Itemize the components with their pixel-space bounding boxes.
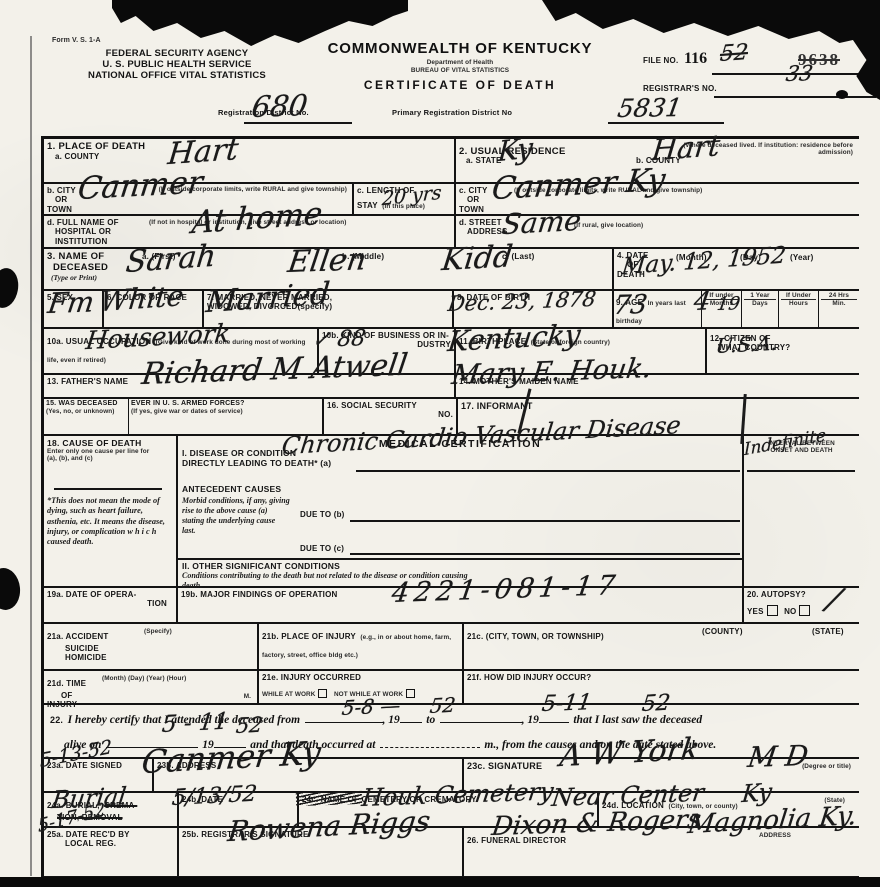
birthplace-note: (State or foreign country) <box>531 339 610 346</box>
race-label: 6. COLOR OR RACE <box>107 293 199 302</box>
time-of-injury-cols: (Month) (Day) (Year) (Hour) <box>102 675 186 682</box>
citizen-label-1: 12. CITIZEN OF <box>710 334 856 343</box>
armed-forces-left: 15. WAS DECEASED (Yes, no, or unknown) <box>44 399 129 434</box>
ink-blot-left-2 <box>0 566 22 611</box>
place-of-death-title: 1. PLACE OF DEATH <box>47 141 451 152</box>
age-days-cell: 1 Year Days <box>742 291 779 327</box>
street-note: (If rural, give location) <box>574 222 643 229</box>
age-24hrs-label: 24 Hrs <box>821 292 857 299</box>
interval-label-1: INTERVAL BETWEEN <box>747 440 856 447</box>
cell-medical-certification: MEDICAL CERTIFICATION I. DISEASE OR COND… <box>178 436 744 586</box>
armed-forces-note-1: (Yes, no, or unknown) <box>46 408 126 415</box>
armed-forces-note-2: (If yes, give war or dates of service) <box>131 408 320 415</box>
cell-signature: 23c. SIGNATURE (Degree or title) <box>464 759 859 791</box>
residence-county-label: b. COUNTY <box>636 156 681 165</box>
county-label: a. COUNTY <box>55 152 451 161</box>
cause-note: Enter only one cause per line for (a), (… <box>47 448 157 463</box>
agency-line-3: NATIONAL OFFICE VITAL STATISTICS <box>52 70 302 81</box>
due-to-b-label: DUE TO (b) <box>300 510 345 519</box>
certification-text-1: I hereby certify that I attended the dec… <box>68 714 301 726</box>
cell-cemetery: 24c. NAME OF CEMETERY OR CREMATORY <box>299 793 599 826</box>
ink-blot-left-1 <box>0 266 21 310</box>
deceased-title-note: (Type or Print) <box>51 273 609 282</box>
residence-city-note: (If outside corporate limits, write RURA… <box>514 187 784 194</box>
cell-name-of-deceased: 3. NAME OF DECEASED (Type or Print) a. (… <box>44 249 614 289</box>
cell-date-of-death: 4. DATE OF DEATH (Month) (Day) (Year) <box>614 249 859 289</box>
usual-residence-note: (Where deceased lived. If institution: r… <box>681 142 853 157</box>
autopsy-label: 20. AUTOPSY? <box>747 590 856 599</box>
file-no-printed: 116 <box>684 50 707 68</box>
certification-line-1: 22. I hereby certify that I attended the… <box>50 710 853 728</box>
location-state-note: (State) <box>824 797 845 804</box>
burial-label-2: TION, REMOVAL <box>57 813 174 822</box>
cell-date-received: 25a. DATE REC'D BY LOCAL REG. <box>44 828 179 876</box>
page-edge-line <box>30 36 32 876</box>
cell-cemetery-location: 24d. LOCATION (City, town, or county) (S… <box>599 793 859 826</box>
cell-place-of-injury: 21b. PLACE OF INJURY (e.g., in or about … <box>259 624 464 669</box>
certify-year3-line <box>214 737 246 748</box>
marital-label-2: WIDOWED, DIVORCED(specify) <box>207 302 449 311</box>
cell-registrar-signature: 25b. REGISTRAR'S SIGNATURE <box>179 828 464 876</box>
sex-label: 5. SEX <box>47 293 99 302</box>
cell-signer-address: 23b. ADDRESS <box>154 759 464 791</box>
age-under1-label: If under <box>704 292 739 299</box>
funeral-address-label: ADDRESS <box>759 832 791 839</box>
death-year-label: (Year) <box>790 253 813 262</box>
armed-forces-label-2: EVER IN U. S. ARMED FORCES? <box>131 400 320 408</box>
street-label-1: d. STREET <box>459 218 856 227</box>
ink-blot-top-right <box>836 90 848 99</box>
cell-ssn: 16. SOCIAL SECURITY NO. <box>324 399 458 434</box>
death-date-title-3: DEATH <box>617 270 856 279</box>
degree-note: (Degree or title) <box>802 763 851 770</box>
funeral-director-label: 26. FUNERAL DIRECTOR <box>467 836 566 845</box>
burial-label-crema: CREMA- <box>104 801 137 810</box>
cell-birthplace: 11. BIRTHPLACE (State or foreign country… <box>456 329 707 373</box>
operation-date-label-2: TION <box>47 599 173 608</box>
industry-label-1: 10b. KIND OF BUSINESS OR IN- <box>322 331 451 340</box>
certification-text-6: m., from the causes and on the date stat… <box>484 739 716 751</box>
row-2: b. CITY OR TOWN (If outside corporate li… <box>44 184 859 216</box>
cell-citizen: 12. CITIZEN OF WHAT COUNTRY? <box>707 329 859 373</box>
cell-operation-findings: 19b. MAJOR FINDINGS OF OPERATION <box>178 588 744 622</box>
cell-informant: 17. INFORMANT <box>458 399 859 434</box>
age-months-cell: If under Months <box>702 291 742 327</box>
row-5: 5. SEX 6. COLOR OR RACE 7. MARRIED, NEVE… <box>44 291 859 329</box>
state-title: COMMONWEALTH OF KENTUCKY <box>300 40 620 57</box>
cell-injury-location: 21c. (CITY, TOWN, OR TOWNSHIP) (COUNTY) … <box>464 624 859 669</box>
antecedent-title: ANTECEDENT CAUSES <box>182 484 281 494</box>
interval-label-2: ONSET AND DEATH <box>747 447 856 454</box>
age-min-cell: 24 Hrs Min. <box>819 291 859 327</box>
cell-residence-city: c. CITY OR TOWN (If outside corporate li… <box>456 184 859 214</box>
residence-city-label-2: OR <box>467 195 856 204</box>
location-label: 24d. LOCATION <box>602 801 664 810</box>
row-4: 3. NAME OF DECEASED (Type or Print) a. (… <box>44 249 859 291</box>
cell-burial-date: 24b. DATE <box>179 793 299 826</box>
certification-19-c: 19 <box>202 739 214 751</box>
cell-cause-of-death: 18. CAUSE OF DEATH Enter only one cause … <box>44 436 178 586</box>
certification-line-2: alive on 19 and that death occurred at m… <box>64 735 853 753</box>
accident-label: 21a. ACCIDENT <box>47 632 108 641</box>
cell-occupation: 10a. USUAL OCCUPATION (Give kind of work… <box>44 329 319 373</box>
operation-date-label-1: 19a. DATE OF OPERA- <box>47 590 173 599</box>
time-of-injury-m: M. <box>244 693 251 700</box>
cell-marital: 7. MARRIED, NEVER MARRIED, WIDOWED, DIVO… <box>204 291 454 327</box>
form-code: Form V. S. 1-A <box>52 37 101 45</box>
homicide-label: HOMICIDE <box>65 653 254 662</box>
cell-usual-residence: 2. USUAL RESIDENCE (Where deceased lived… <box>456 139 859 182</box>
suicide-label: SUICIDE <box>65 644 254 653</box>
autopsy-yes-checkbox <box>767 605 778 616</box>
while-at-work-checkbox <box>318 689 327 698</box>
certification-number: 22. <box>50 715 63 725</box>
certification-text-3: that I last saw the deceased <box>573 714 702 726</box>
certification-text-5: and that death occurred at <box>250 739 375 751</box>
row-16: 25a. DATE REC'D BY LOCAL REG. 25b. REGIS… <box>44 828 859 878</box>
cell-hospital: d. FULL NAME OF HOSPITAL OR INSTITUTION … <box>44 216 456 247</box>
signature-label: 23c. SIGNATURE <box>467 761 856 772</box>
city-note: (If outside corporate limits, write RURA… <box>92 186 347 193</box>
age-under24-label: If Under <box>781 292 816 299</box>
age-years-cell: 9. AGE In years last birthday <box>614 291 702 327</box>
ssn-label-1: 16. SOCIAL SECURITY <box>327 401 453 410</box>
cell-father: 13. FATHER'S NAME <box>44 375 456 397</box>
row-12: 21d. TIME (Month) (Day) (Year) (Hour) OF… <box>44 671 859 705</box>
cause-footnote: *This does not mean the mode of dying, s… <box>47 496 171 548</box>
stay-note: (in this place) <box>382 203 425 210</box>
cell-autopsy: 20. AUTOPSY? YES NO <box>744 588 859 622</box>
ssn-label-2: NO. <box>327 410 453 419</box>
birthplace-label: 11. BIRTHPLACE <box>459 337 526 346</box>
stay-label-2: STAY <box>357 201 378 210</box>
certificate-form: 1. PLACE OF DEATH a. COUNTY 2. USUAL RES… <box>41 136 859 878</box>
death-date-title-1: 4. DATE <box>617 251 856 260</box>
deceased-title-2: DECEASED <box>53 262 609 273</box>
cell-race: 6. COLOR OR RACE <box>104 291 204 327</box>
city-label-3: TOWN <box>47 205 349 214</box>
how-injury-occurred-label: 21f. HOW DID INJURY OCCUR? <box>467 673 856 682</box>
row-8: 15. WAS DECEASED (Yes, no, or unknown) E… <box>44 399 859 436</box>
file-no-label: FILE NO. <box>643 56 678 65</box>
certify-year1-line <box>400 712 422 723</box>
cell-industry: 10b. KIND OF BUSINESS OR IN- DUSTRY <box>319 329 456 373</box>
injury-occurred-label: 21e. INJURY OCCURRED <box>262 673 459 682</box>
place-of-injury-label: 21b. PLACE OF INJURY <box>262 632 356 641</box>
informant-label: 17. INFORMANT <box>461 401 856 412</box>
disease-write-line <box>356 470 740 472</box>
age-days-label: Days <box>744 299 776 307</box>
operation-findings-label: 19b. MAJOR FINDINGS OF OPERATION <box>181 590 739 599</box>
armed-forces-right: EVER IN U. S. ARMED FORCES? (If yes, giv… <box>129 399 322 434</box>
agency-line-2: U. S. PUBLIC HEALTH SERVICE <box>52 59 302 70</box>
dept-line-1: Department of Health <box>300 59 620 66</box>
time-of-injury-label-2: OF <box>61 691 254 700</box>
certify-alive-line <box>106 737 198 748</box>
injury-city-label: 21c. (CITY, TOWN, OR TOWNSHIP) <box>467 632 604 641</box>
disease-label-1: I. DISEASE OR CONDITION <box>182 448 296 458</box>
first-name-label: a. (First) <box>142 252 176 261</box>
certification-19-a: , 19 <box>383 714 400 726</box>
section-ii-divider <box>178 558 742 560</box>
burial-label-1: 24a. BURIAL, <box>47 801 100 810</box>
industry-label-2: DUSTRY <box>322 340 451 349</box>
due-to-c-line <box>350 553 740 555</box>
accident-note: (Specify) <box>144 628 172 635</box>
cell-place-of-death: 1. PLACE OF DEATH a. COUNTY <box>44 139 456 182</box>
antecedent-note: Morbid conditions, if any, giving rise t… <box>182 496 290 536</box>
primary-district-value: 5831 <box>616 95 684 121</box>
time-of-injury-label-1: 21d. TIME <box>47 679 86 688</box>
citizen-label-2: WHAT COUNTRY? <box>718 343 856 352</box>
death-day-label: (Day) <box>740 253 761 262</box>
marital-label-1: 7. MARRIED, NEVER MARRIED, <box>207 293 449 302</box>
city-label-2: OR <box>55 195 349 204</box>
age-1year-label: 1 Year <box>744 292 776 299</box>
cell-mother: 14. MOTHER'S MAIDEN NAME <box>456 375 859 397</box>
row-13: 22. I hereby certify that I attended the… <box>44 705 859 759</box>
agency-line-1: FEDERAL SECURITY AGENCY <box>52 48 302 59</box>
date-received-label-2: LOCAL REG. <box>65 839 174 848</box>
row-10: 19a. DATE OF OPERA- TION 19b. MAJOR FIND… <box>44 588 859 624</box>
death-certificate-scan: Form V. S. 1-A FEDERAL SECURITY AGENCY U… <box>0 0 880 887</box>
certificate-title: CERTIFICATE OF DEATH <box>300 78 620 92</box>
date-signed-label: 23a. DATE SIGNED <box>47 761 149 770</box>
not-while-at-work-label: NOT WHILE AT WORK <box>334 691 403 698</box>
file-no-written: 52 <box>719 42 749 66</box>
cell-armed-forces: 15. WAS DECEASED (Yes, no, or unknown) E… <box>44 399 324 434</box>
certification-alive-on: alive on <box>64 739 101 751</box>
cell-how-injury-occurred: 21f. HOW DID INJURY OCCUR? <box>464 671 859 703</box>
stay-label-1: c. LENGTH OF <box>357 186 451 195</box>
cell-operation-date: 19a. DATE OF OPERA- TION <box>44 588 178 622</box>
mother-label: 14. MOTHER'S MAIDEN NAME <box>459 377 856 386</box>
autopsy-no-checkbox <box>799 605 810 616</box>
row-14: 23a. DATE SIGNED 23b. ADDRESS 23c. SIGNA… <box>44 759 859 793</box>
while-at-work-label: WHILE AT WORK <box>262 691 315 698</box>
file-no-corrected: 33 <box>785 63 815 85</box>
other-conditions-title: II. OTHER SIGNIFICANT CONDITIONS <box>182 561 340 571</box>
cell-time-of-injury: 21d. TIME (Month) (Day) (Year) (Hour) OF… <box>44 671 259 703</box>
row-6: 10a. USUAL OCCUPATION (Give kind of work… <box>44 329 859 375</box>
not-while-at-work-checkbox <box>406 689 415 698</box>
burial-date-label: 24b. DATE <box>182 795 294 804</box>
cell-date-of-birth: 8. DATE OF BIRTH <box>454 291 614 327</box>
reg-district-value: 680 <box>250 91 309 122</box>
residence-state-label: a. STATE <box>466 156 502 165</box>
row-9: 18. CAUSE OF DEATH Enter only one cause … <box>44 436 859 588</box>
age-min-label: Min. <box>821 299 857 307</box>
certification-to: to <box>426 714 435 726</box>
cell-burial-type: 24a. BURIAL, CREMA- TION, REMOVAL <box>44 793 179 826</box>
interval-line <box>747 470 855 472</box>
due-to-c-label: DUE TO (c) <box>300 544 344 553</box>
cell-street-address: d. STREET ADDRESS (If rural, give locati… <box>456 216 859 247</box>
inst-label-3: INSTITUTION <box>55 237 451 246</box>
signer-address-label: 23b. ADDRESS <box>157 761 459 770</box>
row-7: 13. FATHER'S NAME 14. MOTHER'S MAIDEN NA… <box>44 375 859 399</box>
agency-block: FEDERAL SECURITY AGENCY U. S. PUBLIC HEA… <box>52 48 302 82</box>
inst-note: (If not in hospital or institution, give… <box>149 219 439 226</box>
cause-label: 18. CAUSE OF DEATH <box>47 438 173 448</box>
certification-19-b: , 19 <box>522 714 539 726</box>
row-3: d. FULL NAME OF HOSPITAL OR INSTITUTION … <box>44 216 859 249</box>
cell-interval: INTERVAL BETWEEN ONSET AND DEATH <box>744 436 859 586</box>
cell-age: 9. AGE In years last birthday If under M… <box>614 291 859 327</box>
registrar-signature-label: 25b. REGISTRAR'S SIGNATURE <box>182 830 459 839</box>
cell-funeral-director: 26. FUNERAL DIRECTOR ADDRESS <box>464 828 859 876</box>
row-1: 1. PLACE OF DEATH a. COUNTY 2. USUAL RES… <box>44 139 859 184</box>
cemetery-label: 24c. NAME OF CEMETERY OR CREMATORY <box>302 795 594 804</box>
row-15: 24a. BURIAL, CREMA- TION, REMOVAL 24b. D… <box>44 793 859 828</box>
street-label-2: ADDRESS <box>467 227 856 236</box>
inst-label-2: HOSPITAL OR <box>55 227 451 236</box>
certify-to-line <box>440 712 522 723</box>
injury-county-label: (COUNTY) <box>702 627 743 636</box>
date-received-label-1: 25a. DATE REC'D BY <box>47 830 174 839</box>
certify-time-line <box>380 737 480 748</box>
dept-line-2: BUREAU OF VITAL STATISTICS <box>300 67 620 74</box>
cell-city-or-town: b. CITY OR TOWN (If outside corporate li… <box>44 184 354 214</box>
cell-injury-occurred: 21e. INJURY OCCURRED WHILE AT WORK NOT W… <box>259 671 464 703</box>
cell-certification-statement: 22. I hereby certify that I attended the… <box>44 705 859 757</box>
cell-date-signed: 23a. DATE SIGNED <box>44 759 154 791</box>
death-month-label: (Month) <box>676 253 707 262</box>
age-months-label: Months <box>704 299 739 307</box>
primary-district-label: Primary Registration District No <box>392 109 512 118</box>
location-note: (City, town, or county) <box>668 803 737 810</box>
cause-divider <box>54 488 162 490</box>
certify-from-line <box>305 712 383 723</box>
age-hours-cell: If Under Hours <box>779 291 819 327</box>
row-11: 21a. ACCIDENT (Specify) SUICIDE HOMICIDE… <box>44 624 859 671</box>
due-to-b-line <box>350 520 740 522</box>
middle-name-label: b. (Middle) <box>342 252 384 261</box>
armed-forces-label-1: 15. WAS DECEASED <box>46 400 126 408</box>
certify-year2-line <box>539 712 569 723</box>
birth-date-label: 8. DATE OF BIRTH <box>457 293 609 302</box>
cell-accident: 21a. ACCIDENT (Specify) SUICIDE HOMICIDE <box>44 624 259 669</box>
last-name-label: c. (Last) <box>502 252 534 261</box>
father-label: 13. FATHER'S NAME <box>47 377 451 386</box>
age-label: 9. AGE <box>616 298 643 307</box>
bottom-black-bar <box>0 877 880 887</box>
cell-sex: 5. SEX <box>44 291 104 327</box>
disease-label-2: DIRECTLY LEADING TO DEATH* (a) <box>182 458 331 468</box>
residence-city-label-3: TOWN <box>459 205 856 214</box>
autopsy-no-label: NO <box>784 607 796 616</box>
age-hours-label: Hours <box>781 299 816 307</box>
occupation-label: 10a. USUAL OCCUPATION <box>47 337 151 346</box>
injury-state-label: (STATE) <box>812 627 844 636</box>
registrar-no-line <box>714 96 876 98</box>
cell-length-of-stay: c. LENGTH OF STAY (in this place) <box>354 184 456 214</box>
autopsy-yes-label: YES <box>747 607 764 616</box>
